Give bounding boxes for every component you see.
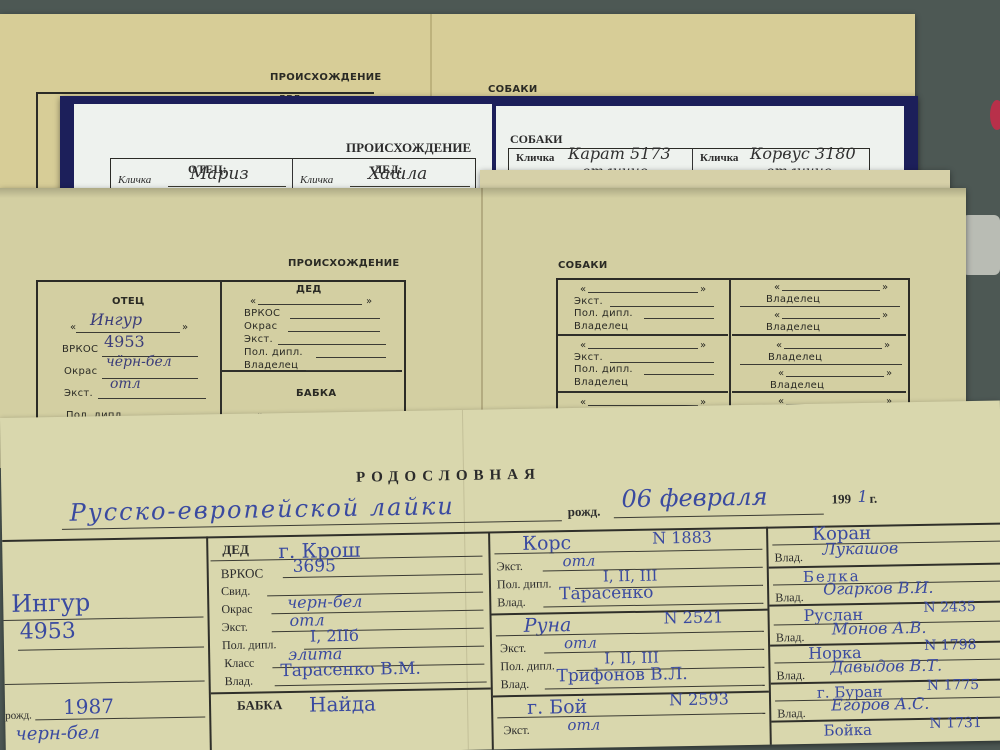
ancestor-owner: Егоров А.С. [831,694,930,715]
underline [610,306,714,307]
underline [278,344,386,345]
underline [306,370,396,371]
quote-mark: « [580,397,586,408]
label-exterior: Экст. [497,559,523,574]
year-suffix: 1 [857,487,868,506]
heading-dogs: СОБАКИ [558,260,608,271]
heading-origin: ПРОИСХОЖДЕНИЕ [346,140,471,156]
label-grandfather: ДЕД [222,542,249,558]
label-born: рожд. [568,504,601,521]
underline [5,680,205,684]
year-prefix: 199 [831,491,851,507]
ancestor-exterior: отл [564,634,597,653]
label-diploma: Пол. дипл. [244,347,303,358]
quote-mark: » [700,340,706,351]
underline [614,514,824,519]
underline [275,682,487,687]
quote-mark: » [700,284,706,295]
underline [18,646,204,650]
label-exterior: Экст. [574,296,603,307]
label-cert: Свид. [221,584,250,600]
quote-mark: « [774,310,780,321]
label-reg: ВРКОС [244,308,280,319]
quote-mark: » [884,340,890,351]
heading-dogs: СОБАКИ [488,84,538,95]
label-owner: Влад. [497,595,526,610]
quote-mark: « [778,368,784,379]
quote-mark: « [776,340,782,351]
shadow [0,188,966,198]
column-divider [766,527,772,747]
quote-mark: » [366,296,372,307]
dog2-name: Корвус 3180 [750,144,856,163]
father-name: Мариз [190,164,249,184]
underline [784,348,882,349]
label-owner: Владелец [574,321,628,332]
label-exterior: Экст. [574,352,603,363]
quote-mark: « [774,282,780,293]
breed: Русско-европейской лайки [69,492,455,527]
underline [644,374,714,375]
ancestor-reg: N 1731 [929,715,982,732]
underline [782,290,880,291]
page-fold [462,410,469,750]
label-grandmother: БАБКА [296,388,336,399]
label-owner: Владелец [766,322,820,333]
grandfather-owner: Тарасенко В.М. [280,659,421,681]
label-exterior: Экст. [222,620,248,635]
underline [98,398,206,399]
ancestor-owner: Давыдов В.Т. [830,656,942,677]
label-owner: Владелец [766,294,820,305]
label-diploma: Пол. дипл. [500,658,555,674]
grandfather-color: черн-бел [287,592,362,612]
label-name: Кличка [118,174,151,186]
quote-mark: « [580,284,586,295]
label-reg: ВРКОС [221,565,264,582]
born-date: 06 февраля [621,483,767,514]
column-divider [488,531,494,750]
underline [740,364,902,365]
quote-mark: » [882,310,888,321]
father-reg: 4953 [104,332,145,351]
underline [316,357,386,358]
divider [558,391,728,393]
label-owner: Владелец [244,360,298,371]
underline [288,331,380,332]
ancestor-owner: Огарков В.И. [823,578,934,599]
label-exterior: Экст. [500,641,526,656]
heading-dogs: СОБАКИ [510,132,562,147]
father-color: чёрн-бел [106,354,172,370]
ancestor-name: Бойка [823,721,872,740]
underline [588,348,698,349]
quote-mark: » [886,368,892,379]
label-owner: Владелец [574,377,628,388]
ancestor-reg: N 1798 [924,637,977,654]
label-diploma: Пол. дипл. [497,576,552,592]
year-unit: г. [869,491,877,507]
heading-origin: ПРОИСХОЖДЕНИЕ [288,258,400,269]
background-white-patch [962,215,1000,275]
label-born: рожд. [5,709,32,721]
ancestor-reg: N 2435 [923,599,976,616]
label-grandfather: ДЕД [296,284,322,295]
background-red-dot [990,100,1000,130]
label-diploma: Пол. дипл. [574,308,633,319]
doc-bottom-pedigree: РОДОСЛОВНАЯ Русско-европейской лайки рож… [0,401,1000,750]
dog-reg: 4953 [20,619,76,645]
grandfather-diploma: I, 2IIб [310,626,359,646]
label-reg: ВРКОС [62,344,98,355]
grandfather-name: Хашла [368,164,427,184]
quote-mark: » [882,282,888,293]
underline [786,376,884,377]
ancestor-owner: Монов А.В. [832,618,927,639]
underline [290,318,380,319]
underline [782,318,880,319]
grandmother-name: Найда [309,691,376,716]
ancestor-reg: N 1883 [652,528,712,548]
label-name: Кличка [300,174,333,186]
ancestor-reg: N 1775 [927,677,980,694]
label-owner: Влад. [225,674,254,689]
underline [258,304,362,305]
dog1-name: Карат 5173 [568,144,671,163]
heading-origin: ПРОИСХОЖДЕНИЕ [270,72,382,83]
dog-born-year: 1987 [63,694,114,719]
underline [740,306,900,307]
dog-color: черн-бел [15,722,100,744]
label-color: Окрас [64,366,97,377]
grandfather-reg: 3695 [292,556,336,577]
divider [558,334,728,336]
ancestor-owner: Тарасенко [559,583,654,605]
label-diploma: Пол. дипл. [222,637,277,653]
label-owner: Влад. [774,550,803,565]
quote-mark: « [250,296,256,307]
quote-mark: » [182,322,188,333]
underline [644,318,714,319]
label-color: Окрас [221,602,252,618]
divider [732,334,906,336]
label-exterior: Экст. [244,334,273,345]
quote-mark: « [580,340,586,351]
label-exterior: Экст. [503,723,529,738]
ancestor-exterior: отл [567,716,600,735]
underline [588,292,698,293]
label-father: ОТЕЦ [112,296,145,307]
label-owner: Влад. [501,677,530,692]
father-name: Ингур [90,310,142,329]
ancestor-owner: Лукашов [822,538,898,558]
label-owner: Владелец [768,352,822,363]
document-title: РОДОСЛОВНАЯ [356,467,541,487]
label-class: Класс [224,656,254,672]
ancestor-owner: Трифонов В.Л. [556,664,687,686]
label-name: Кличка [516,152,554,164]
ancestor-reg: N 2593 [669,689,729,709]
column-divider [206,536,212,750]
label-exterior: Экст. [64,388,93,399]
divider [732,391,906,393]
underline [35,716,205,720]
label-diploma: Пол. дипл. [574,364,633,375]
label-owner: Владелец [770,380,824,391]
dog-name: Ингур [11,588,90,617]
underline [610,362,714,363]
ancestor-reg: N 2521 [663,607,723,627]
label-grandmother: БАБКА [237,697,283,714]
ancestor-exterior: отл [562,552,595,571]
label-name: Кличка [700,152,738,164]
label-color: Окрас [244,321,277,332]
father-exterior: отл [110,376,141,392]
